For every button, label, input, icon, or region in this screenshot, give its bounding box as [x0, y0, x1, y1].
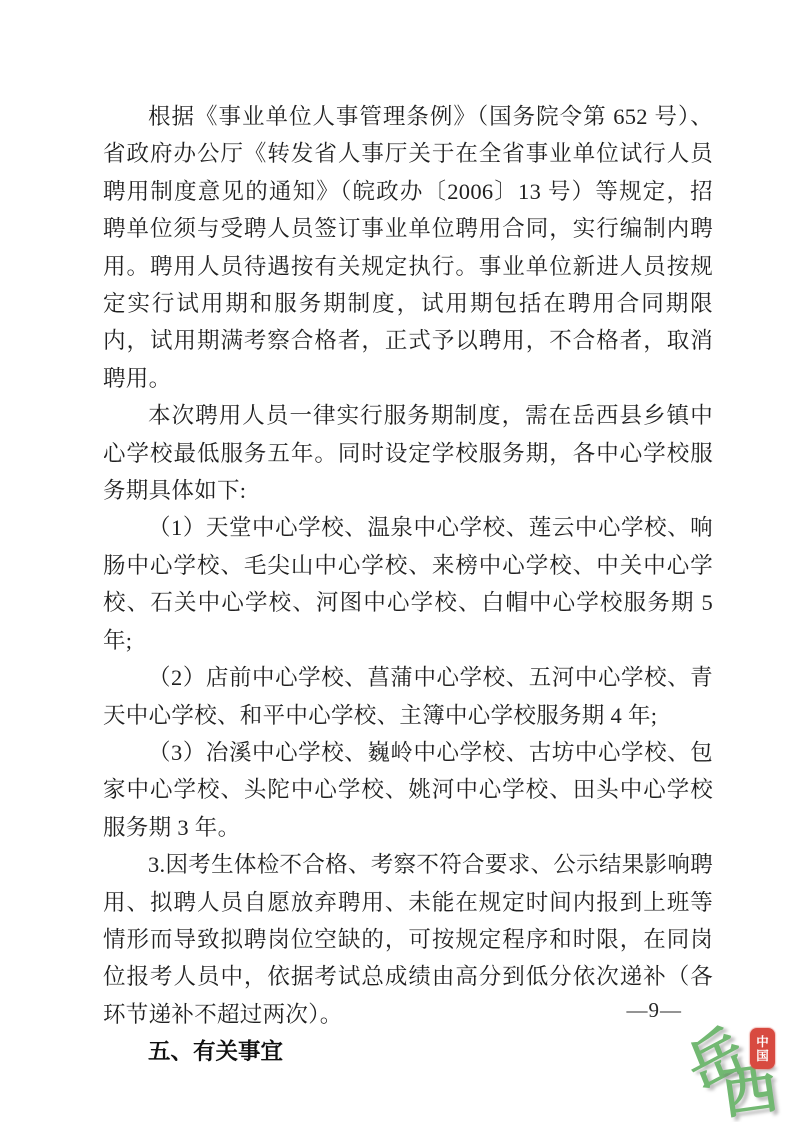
paragraph-replacement-rules: 3.因考生体检不合格、考察不符合要求、公示结果影响聘用、拟聘人员自愿放弃聘用、未… [103, 846, 713, 1033]
paragraph-schools-group-2: （2）店前中心学校、菖蒲中心学校、五河中心学校、青天中心学校、和平中心学校、主簿… [103, 659, 713, 734]
page-number: —9— [627, 998, 683, 1022]
document-page: 根据《事业单位人事管理条例》（国务院令第 652 号）、省政府办公厅《转发省人事… [0, 0, 793, 1122]
paragraph-schools-group-1: （1）天堂中心学校、温泉中心学校、莲云中心学校、响肠中心学校、毛尖山中心学校、来… [103, 509, 713, 659]
seal-char-bottom: 国 [756, 1049, 769, 1063]
paragraph-regulations: 根据《事业单位人事管理条例》（国务院令第 652 号）、省政府办公厅《转发省人事… [103, 98, 713, 397]
logo-char-xi: 西 [718, 1060, 781, 1122]
paragraph-schools-group-3: （3）冶溪中心学校、巍岭中心学校、古坊中心学校、包家中心学校、头陀中心学校、姚河… [103, 734, 713, 846]
section-heading: 五、有关事宜 [103, 1033, 713, 1070]
paragraph-service-period-intro: 本次聘用人员一律实行服务期制度，需在岳西县乡镇中心学校最低服务五年。同时设定学校… [103, 397, 713, 509]
china-seal-icon: 中 国 [750, 1028, 775, 1069]
seal-char-top: 中 [756, 1035, 769, 1049]
document-body: 根据《事业单位人事管理条例》（国务院令第 652 号）、省政府办公厅《转发省人事… [103, 98, 713, 1071]
yuexi-logo: 岳 西 中 国 [686, 1022, 793, 1122]
